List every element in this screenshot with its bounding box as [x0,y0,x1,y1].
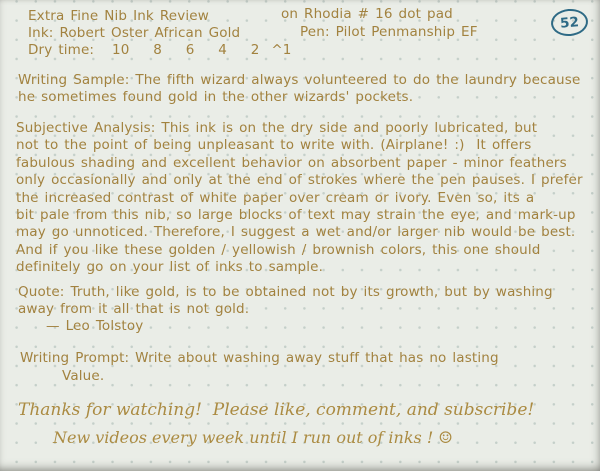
subjective-analysis-text: This ink is on the dry side and poorly l… [16,120,583,275]
paper-note: on Rhodia # 16 dot pad [281,6,453,23]
quote-attribution: — Leo Tolstoy [46,318,143,335]
smiley-face-icon: ☺ [438,428,452,447]
subjective-analysis-label: Subjective Analysis: [16,120,155,136]
quote-label: Quote: [18,284,65,300]
subjective-analysis-section: Subjective Analysis: This ink is on the … [16,120,588,277]
dry-time-line: Dry time: 10 8 6 4 2 ^1 [28,42,292,59]
page-number: 52 [559,14,579,32]
notebook-page: 52 Extra Fine Nib Ink Review on Rhodia #… [0,0,600,471]
writing-sample-section: Writing Sample: The fifth wizard always … [18,72,590,107]
dry-time-values: 10 8 6 4 2 ^1 [112,42,292,58]
writing-prompt-section: Writing Prompt: Write about washing away… [20,350,592,367]
dry-time-label: Dry time: [28,42,94,58]
quote-section: Quote: Truth, like gold, is to be obtain… [18,284,590,319]
pen-line: Pen: Pilot Penmanship EF [300,24,478,41]
thanks-line: Thanks for watching! Please like, commen… [18,400,534,420]
writing-prompt-text: Write about washing away stuff that has … [129,350,498,366]
review-title: Extra Fine Nib Ink Review [28,8,209,25]
ink-line: Ink: Robert Oster African Gold [28,25,240,42]
writing-prompt-label: Writing Prompt: [20,350,129,366]
page-number-badge: 52 [550,7,589,37]
writing-prompt-text-line2: Value. [62,368,104,385]
new-videos-line: New videos every week until I run out of… [53,428,453,447]
writing-sample-label: Writing Sample: [18,72,129,88]
quote-text: Truth, like gold, is to be obtained not … [18,284,553,317]
